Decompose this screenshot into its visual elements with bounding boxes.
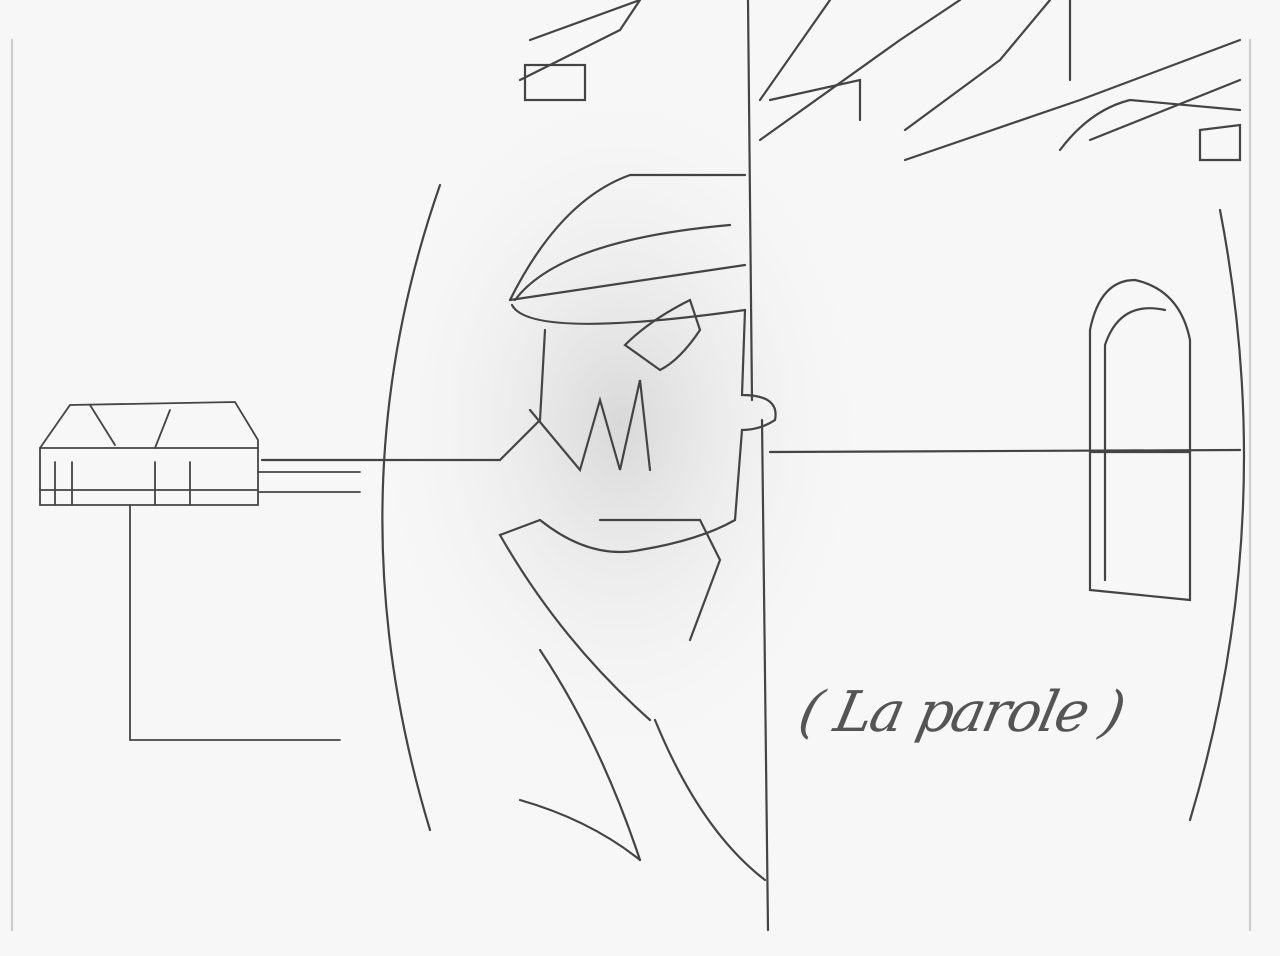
sketch-canvas bbox=[0, 0, 1280, 956]
handwritten-caption: ( La parole ) bbox=[793, 680, 1129, 745]
